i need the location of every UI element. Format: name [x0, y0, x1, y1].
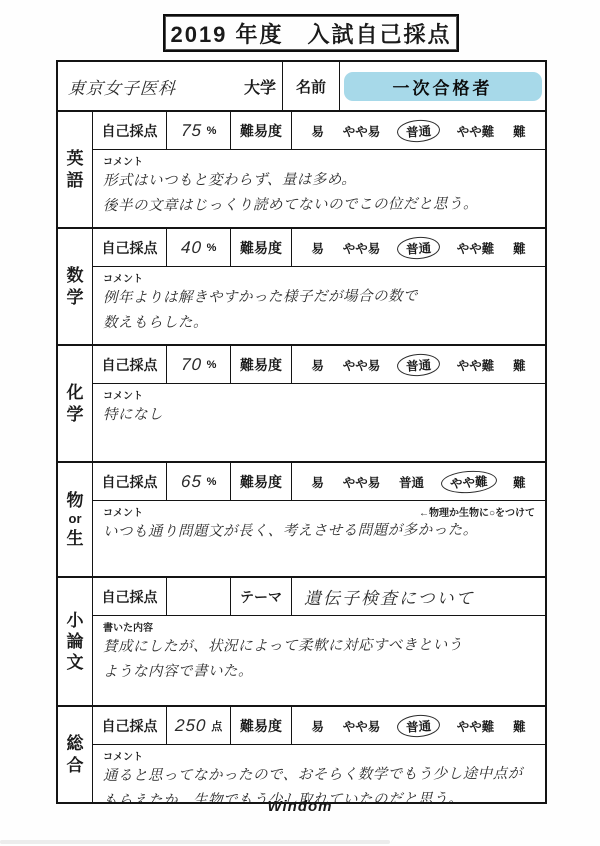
handwritten-comment-line: いつも通り問題文が長く、考えさせる問題が多かった。: [103, 518, 535, 545]
self-score-value-cell: 65 %: [167, 463, 231, 500]
result-badge: 一次合格者: [344, 72, 542, 101]
difficulty-option: 普通: [397, 472, 426, 492]
name-label: 名前: [296, 76, 326, 97]
university-name-handwritten: 東京女子医科: [67, 74, 244, 99]
comment-area: コメント ←物理か生物に○をつけて いつも通り問題文が長く、考えさせる問題が多か…: [93, 501, 545, 576]
subject-block-chemistry: 化 学 自己採点 70 % 難易度 易 やや易 普通 やや難 難: [58, 346, 545, 463]
difficulty-label: 難易度: [231, 112, 292, 149]
subject-char: 論: [67, 631, 84, 652]
handwritten-theme: 遺伝子検査について: [304, 584, 475, 609]
handwritten-comment-line: ような内容で書いた。: [103, 658, 535, 685]
subject-label-physics-or-biology: 物 or 生: [58, 463, 93, 576]
score-table: 東京女子医科 大学 名前 一次合格者 英 語 自己採点: [56, 60, 547, 804]
handwritten-comment-line: 特になし: [103, 401, 535, 428]
subject-char: 総: [67, 733, 84, 754]
difficulty-option: 易: [309, 472, 326, 492]
scanned-score-sheet: 2019 年度 入試自己採点 東京女子医科 大学 名前 一次合格者 英 語: [0, 0, 600, 846]
score-row: 自己採点 テーマ 遺伝子検査について: [93, 578, 545, 616]
difficulty-option: 難: [511, 238, 528, 258]
subject-label-overall: 総 合: [58, 707, 93, 802]
subject-char: 化: [67, 382, 84, 403]
self-score-value: 250: [174, 716, 206, 736]
self-score-value: 65: [180, 472, 202, 492]
university-cell: 東京女子医科 大学: [58, 62, 283, 110]
difficulty-option-selected: 普通: [396, 235, 440, 260]
self-score-value-cell: 70 %: [167, 346, 231, 383]
comment-label: コメント: [103, 504, 143, 519]
difficulty-label: 難易度: [231, 463, 292, 500]
subject-block-physics-or-biology: 物 or 生 自己採点 65 % 難易度 易 やや易 普通 やや難: [58, 463, 545, 578]
subject-char: 語: [67, 170, 84, 191]
self-score-label: 自己採点: [93, 463, 167, 500]
difficulty-option-selected: 普通: [396, 713, 440, 738]
score-row: 自己採点 250 点 難易度 易 やや易 普通 やや難 難: [93, 707, 545, 745]
handwritten-comment-line: 後半の文章はじっくり読めてないのでこの位だと思う。: [103, 192, 535, 219]
subject-char: 学: [67, 287, 84, 308]
handwritten-comment-line: 通ると思ってなかったので、おそらく数学でもう少し途中点が: [103, 762, 535, 789]
subject-label-math: 数 学: [58, 229, 93, 344]
self-score-unit: %: [207, 476, 217, 488]
handwritten-comment-line: 賛成にしたが、状況によって柔軟に対応すべきという: [103, 633, 535, 660]
circle-instruction-note: ←物理か生物に○をつけて: [419, 504, 535, 519]
comment-label: コメント: [103, 270, 143, 285]
subject-char: 数: [67, 265, 84, 286]
difficulty-option: 易: [309, 238, 326, 258]
difficulty-option: 易: [309, 355, 326, 375]
comment-area: コメント 特になし: [93, 384, 545, 461]
subject-content: 自己採点 75 % 難易度 易 やや易 普通 やや難 難 コメント: [93, 112, 545, 227]
difficulty-option: 難: [511, 121, 528, 141]
score-row: 自己採点 70 % 難易度 易 やや易 普通 やや難 難: [93, 346, 545, 384]
self-score-unit: %: [207, 242, 217, 254]
comment-area: コメント 例年よりは解きやすかった様子だが場合の数で 数えもらした。: [93, 267, 545, 344]
comment-label: コメント: [103, 153, 143, 168]
subject-char: 学: [67, 404, 84, 425]
difficulty-options: 易 やや易 普通 やや難 難: [292, 463, 545, 500]
difficulty-option: やや易: [341, 472, 383, 492]
self-score-unit: %: [207, 125, 217, 137]
self-score-label: 自己採点: [93, 112, 167, 149]
difficulty-options: 易 やや易 普通 やや難 難: [292, 229, 545, 266]
theme-label: テーマ: [231, 578, 292, 615]
difficulty-option: やや難: [455, 716, 497, 736]
self-score-value: 75: [180, 121, 202, 141]
comment-label: コメント: [103, 387, 143, 402]
subject-content: 自己採点 65 % 難易度 易 やや易 普通 やや難 難: [93, 463, 545, 576]
difficulty-option: やや難: [455, 355, 497, 375]
subject-block-overall: 総 合 自己採点 250 点 難易度 易 やや易 普通 やや難: [58, 707, 545, 802]
self-score-label: 自己採点: [93, 346, 167, 383]
result-badge-cell: 一次合格者: [340, 62, 545, 110]
difficulty-label: 難易度: [231, 229, 292, 266]
subject-label-chemistry: 化 学: [58, 346, 93, 461]
difficulty-option: 易: [309, 716, 326, 736]
subject-char: 生: [67, 528, 84, 549]
difficulty-option: やや易: [341, 121, 383, 141]
score-row: 自己採点 40 % 難易度 易 やや易 普通 やや難 難: [93, 229, 545, 267]
windom-logo: Windom: [0, 798, 600, 815]
page-title: 2019 年度 入試自己採点: [163, 14, 459, 52]
difficulty-option: やや難: [455, 121, 497, 141]
subject-char: 英: [67, 148, 84, 169]
score-row: 自己採点 65 % 難易度 易 やや易 普通 やや難 難: [93, 463, 545, 501]
difficulty-options: 易 やや易 普通 やや難 難: [292, 346, 545, 383]
difficulty-options: 易 やや易 普通 やや難 難: [292, 112, 545, 149]
comment-area: コメント 通ると思ってなかったので、おそらく数学でもう少し途中点が もらえたか、…: [93, 745, 545, 802]
university-suffix-label: 大学: [244, 75, 276, 98]
subject-char: 文: [67, 652, 84, 673]
difficulty-option: やや易: [341, 238, 383, 258]
difficulty-option: やや難: [455, 238, 497, 258]
self-score-value-cell: 250 点: [167, 707, 231, 744]
subject-block-math: 数 学 自己採点 40 % 難易度 易 やや易 普通 やや難 難: [58, 229, 545, 346]
subject-char: 合: [67, 755, 84, 776]
difficulty-option: やや易: [341, 716, 383, 736]
comment-area: コメント 形式はいつもと変わらず、量は多め。 後半の文章はじっくり読めてないので…: [93, 150, 545, 227]
subject-content: 自己採点 テーマ 遺伝子検査について 書いた内容 賛成にしたが、状況によって柔軟…: [93, 578, 545, 705]
difficulty-option: 易: [309, 121, 326, 141]
self-score-value: 70: [180, 355, 202, 375]
self-score-label: 自己採点: [93, 707, 167, 744]
self-score-unit: 点: [211, 718, 222, 734]
difficulty-label: 難易度: [231, 346, 292, 383]
self-score-label: 自己採点: [93, 229, 167, 266]
difficulty-option: やや易: [341, 355, 383, 375]
difficulty-option: 難: [511, 355, 528, 375]
name-label-cell: 名前: [283, 62, 340, 110]
comment-area: 書いた内容 賛成にしたが、状況によって柔軟に対応すべきという ような内容で書いた…: [93, 616, 545, 705]
self-score-value: 40: [180, 238, 202, 258]
self-score-unit: %: [207, 359, 217, 371]
self-score-value-cell: 75 %: [167, 112, 231, 149]
subject-block-essay: 小 論 文 自己採点 テーマ 遺伝子検査について 書いた内容: [58, 578, 545, 707]
subject-char: 物: [67, 490, 84, 511]
comment-label: 書いた内容: [103, 619, 153, 634]
comment-label: コメント: [103, 748, 143, 763]
subject-label-essay: 小 論 文: [58, 578, 93, 705]
scan-artifact: [0, 840, 390, 844]
score-row: 自己採点 75 % 難易度 易 やや易 普通 やや難 難: [93, 112, 545, 150]
result-badge-text: 一次合格者: [393, 74, 493, 99]
table-header-row: 東京女子医科 大学 名前 一次合格者: [58, 62, 545, 112]
difficulty-option-selected: 普通: [396, 118, 440, 143]
page-title-text: 2019 年度 入試自己採点: [170, 18, 451, 49]
handwritten-comment-line: 形式はいつもと変わらず、量は多め。: [103, 167, 535, 194]
difficulty-option: 難: [511, 472, 528, 492]
handwritten-comment-line: 数えもらした。: [103, 309, 535, 336]
subject-label-english: 英 語: [58, 112, 93, 227]
difficulty-option-selected: 普通: [396, 352, 440, 377]
subject-char: or: [69, 511, 82, 527]
difficulty-option: 難: [511, 716, 528, 736]
subject-content: 自己採点 250 点 難易度 易 やや易 普通 やや難 難 コメント: [93, 707, 545, 802]
self-score-value-cell: [167, 578, 231, 615]
self-score-value-cell: 40 %: [167, 229, 231, 266]
theme-value-cell: 遺伝子検査について: [292, 578, 545, 615]
subject-content: 自己採点 40 % 難易度 易 やや易 普通 やや難 難 コメント: [93, 229, 545, 344]
subject-char: 小: [67, 610, 84, 631]
handwritten-comment-line: 例年よりは解きやすかった様子だが場合の数で: [103, 284, 535, 311]
difficulty-label: 難易度: [231, 707, 292, 744]
difficulty-option-selected: やや難: [440, 469, 497, 495]
self-score-label: 自己採点: [93, 578, 167, 615]
difficulty-options: 易 やや易 普通 やや難 難: [292, 707, 545, 744]
subject-content: 自己採点 70 % 難易度 易 やや易 普通 やや難 難 コメント: [93, 346, 545, 461]
subject-block-english: 英 語 自己採点 75 % 難易度 易 やや易 普通 やや難 難: [58, 112, 545, 229]
